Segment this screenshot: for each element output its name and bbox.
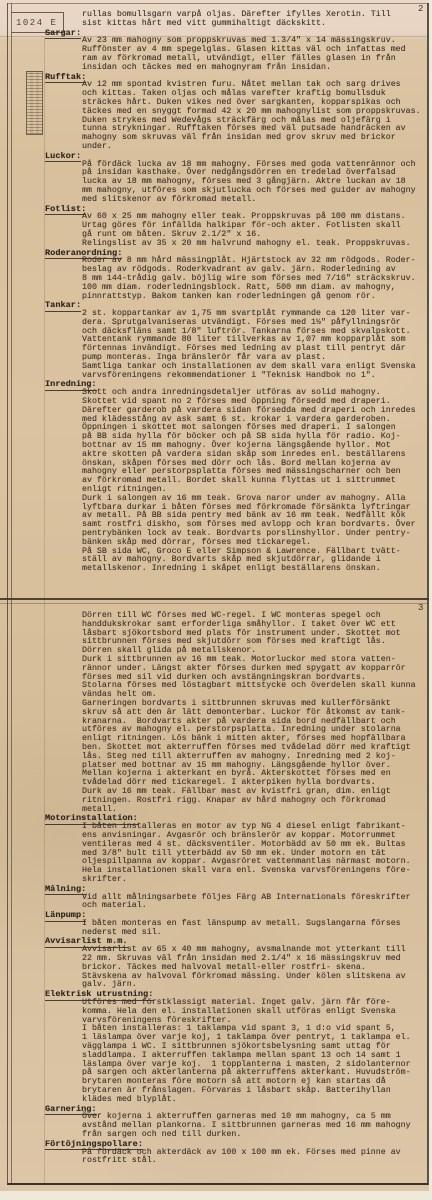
section-lanpump: Länpump: I båten monteras en fast länspu… (82, 911, 429, 937)
section-fotlist: Fotlist: Av 60 x 25 mm mahogny eller tea… (82, 205, 429, 249)
section-title: Tankar: (45, 300, 81, 312)
section-body: 2 st. koppartankar av 1,75 mm svartplåt … (82, 310, 429, 380)
section-roderanordning: Roderanordning: Roder av 8 mm hård mässi… (82, 249, 429, 302)
section-body: Av 60 x 25 mm mahogny eller teak. Propps… (82, 213, 429, 248)
left-border-outer (7, 3, 8, 1185)
continuation-paragraph: Dörren till WC förses med WC-regel. I WC… (82, 612, 429, 814)
section-body: Av 23 mm mahogny som proppskruvas med 1.… (82, 37, 429, 72)
section-garnering: Garnering: Över kojerna i akterruffen ga… (82, 1105, 429, 1140)
intro-paragraph: rullas bomullsgarn varpå oljas. Därefter… (82, 11, 429, 29)
section-title: Rufftak: (45, 72, 86, 84)
section-title: Sargar: (45, 28, 81, 40)
section-tankar: Tankar: 2 st. koppartankar av 1,75 mm sv… (82, 301, 429, 380)
section-body: På fördäck lucka av 18 mm mahogny. Förse… (82, 161, 429, 205)
top-border (7, 3, 428, 4)
section-title: Länpump: (45, 910, 86, 922)
section-body: Vid allt målningsarbete följes Färg AB I… (82, 894, 429, 912)
section-motorinstallation: Motorinstallation: I båten installeras e… (82, 814, 429, 884)
section-body: Över kojerna i akterruffen garneras med … (82, 1113, 429, 1139)
scanned-document-page: { "meta": { "archive_code": "1024 E" }, … (0, 0, 432, 1200)
section-body: I båten installeras en motor av typ NG 4… (82, 823, 429, 885)
section-sargar: Sargar: Av 23 mm mahogny som proppskruva… (82, 29, 429, 73)
section-body: I båten monteras en fast länspump av met… (82, 920, 429, 938)
section-avvisarlist: Avvisarlist m.m. Avvisarlist av 65 x 40 … (82, 937, 429, 990)
section-body: Roder av 8 mm hård mässingplåt. Hjärtsto… (82, 257, 429, 301)
section-body: Skott och andra inredningsdetaljer utför… (82, 389, 429, 574)
section-elektrisk-utrustning: Elektrisk utrustning: Utföres med förstk… (82, 990, 429, 1104)
archive-code-text: 1024 E (16, 18, 57, 28)
bottom-border (7, 1183, 428, 1185)
section-inredning: Inredning: Skott och andra inredningsdet… (82, 380, 429, 574)
page-2-content: rullas bomullsgarn varpå oljas. Därefter… (82, 11, 429, 574)
archive-stamp-icon (26, 71, 43, 135)
section-body: Av 12 mm spontad kvistren furu. Nåtet me… (82, 81, 429, 151)
section-malning: Målning: Vid allt målningsarbete följes … (82, 885, 429, 911)
section-rufftak: Rufftak: Av 12 mm spontad kvistren furu.… (82, 73, 429, 152)
section-title: Målning: (45, 884, 86, 896)
section-fortojningspollare: Förtöjningspollare: På fördäck och akter… (82, 1140, 429, 1166)
section-title: Fotlist: (45, 204, 86, 216)
left-border-inner (11, 3, 12, 1185)
section-luckor: Luckor: På fördäck lucka av 18 mm mahogn… (82, 152, 429, 205)
section-body: På fördäck och akterdäck av 100 x 100 mm… (82, 1149, 429, 1167)
page-3-content: Dörren till WC förses med WC-regel. I WC… (82, 612, 429, 1166)
page-divider-line (0, 598, 429, 600)
section-title: Luckor: (45, 151, 81, 163)
page-divider-line-faint (0, 603, 429, 604)
section-body: Utföres med förstklassigt material. Inge… (82, 999, 429, 1105)
section-body: Avvisarlist av 65 x 40 mm mahogny, avsma… (82, 946, 429, 990)
